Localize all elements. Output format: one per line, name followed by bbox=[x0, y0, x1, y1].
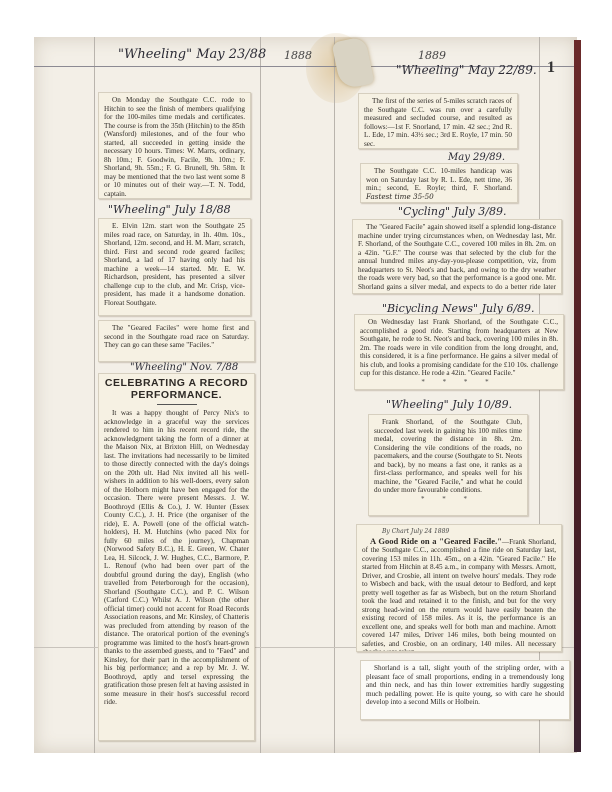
clipping: The "Geared Faciles" were home first and… bbox=[98, 320, 255, 362]
margin-rule bbox=[94, 37, 95, 753]
clipping: The Southgate C.C. 10-miles handicap was… bbox=[360, 163, 518, 203]
handwritten-source-note: "Wheeling" Nov. 7/88 bbox=[130, 362, 238, 373]
clipping: CELEBRATING A RECORD PERFORMANCE. It was… bbox=[98, 373, 255, 741]
column-rule bbox=[260, 37, 261, 753]
handwritten-source-note: "Cycling" July 3/89. bbox=[398, 205, 507, 218]
handwritten-source-note: "Wheeling" May 22/89. bbox=[396, 63, 537, 77]
clipping-text: It was a happy thought of Percy Nix's to… bbox=[104, 409, 249, 707]
column-rule bbox=[334, 37, 335, 753]
clipping-text: A Good Ride on a "Geared Facile."—Frank … bbox=[362, 537, 556, 653]
clipping-text: The Southgate C.C. 10-miles handicap was… bbox=[366, 167, 512, 201]
clipping-text-body: The Southgate C.C. 10-miles handicap was… bbox=[366, 167, 512, 192]
clipping-text-body: —Frank Shorland, of the Southgate C.C., … bbox=[362, 538, 556, 653]
clipping: The "Geared Facile" again showed itself … bbox=[352, 219, 562, 294]
page-number: 1 bbox=[547, 59, 555, 77]
clipping: Shorland is a tall, slight youth of the … bbox=[360, 660, 570, 720]
clipping-text: The "Geared Faciles" were home first and… bbox=[104, 324, 249, 350]
clipping: On Monday the Southgate C.C. rode to Hit… bbox=[98, 92, 251, 199]
clipping-text: E. Elvin 12m. start won the Southgate 25… bbox=[104, 222, 245, 307]
handwritten-source-note: May 29/89. bbox=[448, 152, 505, 163]
clipping-text: The first of the series of 5-miles scrat… bbox=[364, 97, 512, 148]
clipping-headline: CELEBRATING A RECORD PERFORMANCE. bbox=[104, 377, 249, 401]
divider bbox=[157, 404, 197, 405]
ornament-stars: * * * * bbox=[360, 378, 558, 387]
clipping: The first of the series of 5-miles scrat… bbox=[358, 93, 518, 149]
handwritten-source-note: "Wheeling" May 23/88 bbox=[118, 47, 266, 62]
year-label-left: 1888 bbox=[284, 49, 312, 62]
clipping-text: On Wednesday last Frank Shorland, of the… bbox=[360, 318, 558, 378]
handwritten-source-note: "Wheeling" July 10/89. bbox=[386, 398, 512, 411]
clipping: On Wednesday last Frank Shorland, of the… bbox=[354, 314, 564, 390]
clipping: E. Elvin 12m. start won the Southgate 25… bbox=[98, 218, 251, 316]
handwritten-source-note: "Wheeling" July 18/88 bbox=[108, 203, 231, 216]
clipping: Frank Shorland, of the Southgate Club, s… bbox=[368, 414, 528, 516]
handwritten-addition: Fastest time 35-50 bbox=[366, 192, 434, 201]
clipping-headline: A Good Ride on a "Geared Facile." bbox=[370, 536, 502, 546]
year-label-right: 1889 bbox=[418, 49, 446, 62]
clipping-text: Frank Shorland, of the Southgate Club, s… bbox=[374, 418, 522, 495]
clipping-text: On Monday the Southgate C.C. rode to Hit… bbox=[104, 96, 245, 198]
clipping: By Chart July 24 1889 A Good Ride on a "… bbox=[356, 524, 562, 652]
clipping-text: The "Geared Facile" again showed itself … bbox=[358, 223, 556, 294]
binding-edge bbox=[574, 40, 581, 752]
clipping-text: Shorland is a tall, slight youth of the … bbox=[366, 664, 564, 707]
ornament-stars: * * * bbox=[374, 495, 522, 504]
